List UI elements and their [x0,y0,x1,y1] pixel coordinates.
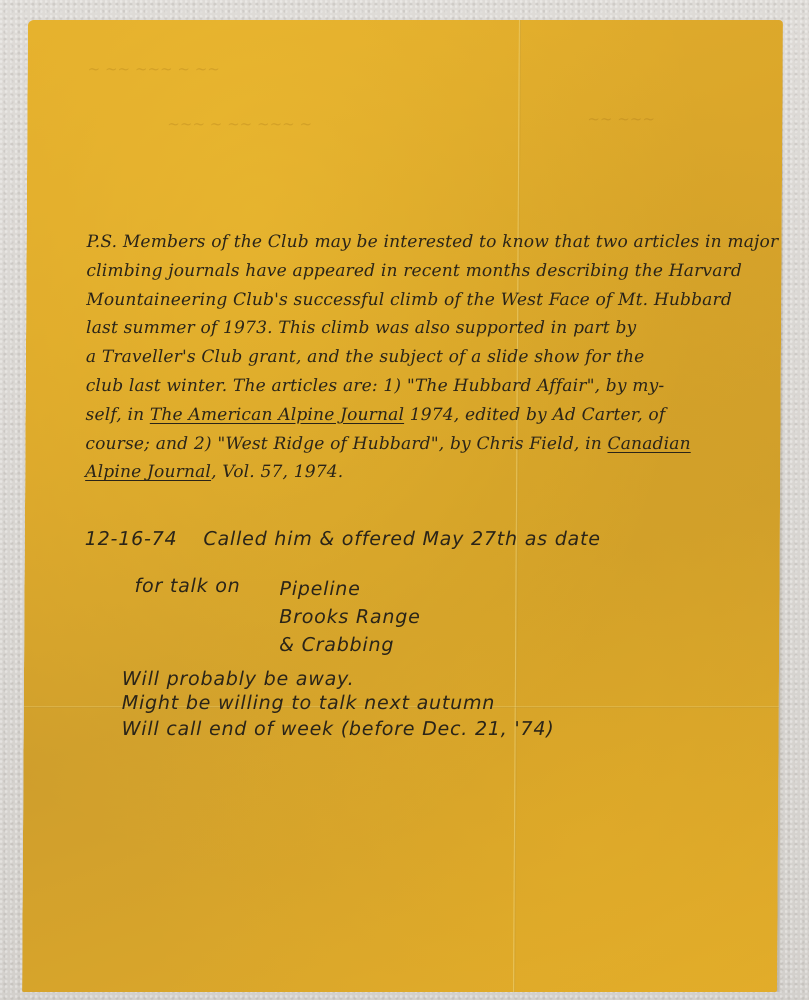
talk-topic: Pipeline [279,575,420,603]
bleed-through-text: ~ ~~ ~~~ ~ ~~ [88,60,220,78]
postscript-line: climbing journals have appeared in recen… [86,257,778,286]
postscript-line: Mountaineering Club's successful climb o… [86,286,778,315]
vertical-fold-crease [513,20,521,992]
journal-title-canadian-alpine: Alpine Journal [85,462,211,482]
postscript-text: 1974, edited by Ad Carter, of [404,405,665,425]
talk-topic: & Crabbing [279,631,420,659]
postscript-text: , Vol. 57, 1974. [211,462,343,482]
postscript-text: self, in [85,405,149,425]
postscript-paragraph: P.S. Members of the Club may be interest… [85,228,778,487]
postscript-line: club last winter. The articles are: 1) "… [86,372,778,401]
talk-topics-list: Pipeline Brooks Range & Crabbing [279,575,421,659]
bleed-through-text: ~~ ~~~ [587,110,655,128]
call-note: 12-16-74Called him & offered May 27th as… [85,528,601,550]
journal-title-canadian-alpine: Canadian [607,434,690,454]
postscript-text: course; and 2) "West Ridge of Hubbard", … [85,434,607,454]
postscript-line: self, in The American Alpine Journal 197… [85,401,777,430]
note-called-text: Called him & offered May 27th as date [203,528,600,550]
letter-paper: ~ ~~ ~~~ ~ ~~ ~~~ ~ ~~ ~~~ ~ ~~ ~~~ P.S.… [22,20,783,992]
note-might-talk: Might be willing to talk next autumn [122,692,496,714]
postscript-line: P.S. Members of the Club may be interest… [87,228,779,257]
postscript-line: a Traveller's Club grant, and the subjec… [86,343,778,372]
talk-label: for talk on [134,575,240,597]
note-probably-away: Will probably be away. [122,668,355,690]
postscript-line: Alpine Journal, Vol. 57, 1974. [85,458,777,487]
note-date: 12-16-74 [85,528,178,550]
journal-title-american-alpine: The American Alpine Journal [150,405,404,425]
for-talk-text: for talk on [134,575,240,597]
postscript-line: course; and 2) "West Ridge of Hubbard", … [85,430,777,459]
postscript-line: last summer of 1973. This climb was also… [86,314,778,343]
bleed-through-text: ~~~ ~ ~~ ~~~ ~ [167,115,312,133]
talk-topic: Brooks Range [279,603,420,631]
note-will-call: Will call end of week (before Dec. 21, '… [122,718,555,740]
